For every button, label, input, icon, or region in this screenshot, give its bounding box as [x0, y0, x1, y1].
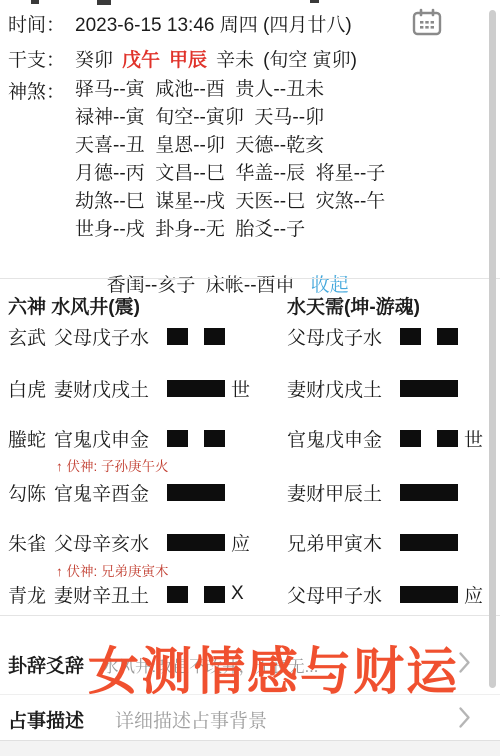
yao-line [167, 328, 225, 345]
yao-line [167, 380, 225, 397]
yao-marker: 应 [231, 529, 250, 556]
shensha-line: 劫煞--巳 谋星--戌 天医--巳 灾煞--午 [75, 188, 385, 216]
yao-text: 妻财戊戌土 [54, 375, 167, 402]
yao-line [400, 430, 458, 447]
yao-text: 父母甲子水 [287, 581, 400, 608]
hidden-spirit-note: ↑ 伏神: 子孙庚午火 [56, 455, 169, 475]
shensha-line: 世身--戌 卦身--无 胎爻--子 [75, 216, 385, 244]
bottom-band [0, 741, 500, 756]
yao-text: 官鬼辛酉金 [54, 479, 167, 506]
shensha-line: 月德--丙 文昌--巳 华盖--辰 将星--子 [75, 160, 385, 188]
yao-text: 父母辛亥水 [54, 529, 167, 556]
six-god-label: 青龙 [8, 581, 54, 608]
calendar-icon[interactable] [412, 8, 442, 42]
hexagram-row: 官鬼戊申金 世 [287, 427, 483, 449]
yao-line [167, 430, 225, 447]
yao-line [400, 484, 458, 501]
clipped-text-fragment [97, 0, 111, 5]
six-god-label: 勾陈 [8, 479, 54, 506]
guaci-label: 卦辞爻辞 [8, 651, 84, 678]
ganzhi-month: 戊午 [122, 50, 160, 71]
ganzhi-hour: 辛未 [216, 50, 254, 71]
yao-text: 兄弟甲寅木 [287, 529, 400, 556]
clipped-text-fragment [310, 0, 319, 3]
ganzhi-xunkong: (旬空 寅卯) [263, 50, 357, 71]
hexagram-row: 父母甲子水 应 [287, 583, 483, 605]
six-god-label: 白虎 [8, 375, 54, 402]
clipped-text-fragment [31, 0, 39, 4]
yao-text: 妻财辛丑土 [54, 581, 167, 608]
left-hexagram-title: 六神 水风井(震) [8, 292, 140, 319]
chevron-right-icon[interactable] [458, 706, 471, 735]
hexagram-row: 螣蛇 官鬼戊申金 [8, 427, 231, 449]
yao-line [400, 586, 458, 603]
ganzhi-day: 甲辰 [169, 50, 207, 71]
yao-marker: X [231, 583, 244, 605]
watermark-text: 女测情感与财运 [88, 630, 459, 704]
ganzhi-label: 干支： [8, 45, 65, 72]
ganzhi-year: 癸卯 [75, 50, 113, 71]
section-divider [0, 278, 500, 279]
shensha-line: 驿马--寅 咸池--酉 贵人--丑未 [75, 76, 385, 104]
six-god-label: 玄武 [8, 323, 54, 350]
hexagram-row: 玄武 父母戊子水 [8, 325, 231, 347]
yao-line [400, 328, 458, 345]
shensha-list: 驿马--寅 咸池--酉 贵人--丑未 禄神--寅 旬空--寅卯 天马--卯 天喜… [75, 76, 385, 328]
six-god-label: 螣蛇 [8, 425, 54, 452]
zhanshi-placeholder: 详细描述占事背景 [115, 706, 267, 733]
yao-line [167, 534, 225, 551]
hexagram-row: 兄弟甲寅木 [287, 531, 464, 553]
hexagram-row: 青龙 妻财辛丑土 X [8, 583, 244, 605]
hexagram-row: 妻财甲辰土 [287, 481, 464, 503]
shensha-label: 神煞： [8, 77, 65, 104]
hexagram-row: 白虎 妻财戊戌土 世 [8, 377, 250, 399]
yao-text: 妻财戊戌土 [287, 375, 400, 402]
shensha-line: 天喜--丑 皇恩--卯 天德--乾亥 [75, 132, 385, 160]
yao-text: 官鬼戊申金 [287, 425, 400, 452]
time-value: 2023-6-15 13:46 周四 (四月廿八) [75, 10, 352, 37]
yao-text: 父母戊子水 [287, 323, 400, 350]
yao-text: 官鬼戊申金 [54, 425, 167, 452]
yao-marker: 应 [464, 581, 483, 608]
yao-line [400, 534, 458, 551]
hexagram-row: 妻财戊戌土 [287, 377, 464, 399]
hexagram-row: 父母戊子水 [287, 325, 464, 347]
liuyao-app-screen: 时间： 2023-6-15 13:46 周四 (四月廿八) 干支： 癸卯戊午甲辰… [0, 0, 500, 756]
scrollbar[interactable] [489, 10, 496, 688]
yao-marker: 世 [464, 425, 483, 452]
yao-line [167, 484, 225, 501]
right-hexagram-title: 水天需(坤-游魂) [287, 292, 420, 319]
yao-line [400, 380, 458, 397]
hexagram-row: 朱雀 父母辛亥水 应 [8, 531, 250, 553]
time-label: 时间： [8, 10, 65, 37]
zhanshi-label: 占事描述 [8, 706, 84, 733]
six-god-label: 朱雀 [8, 529, 54, 556]
shensha-line: 禄神--寅 旬空--寅卯 天马--卯 [75, 104, 385, 132]
chevron-right-icon[interactable] [458, 651, 471, 680]
yao-text: 妻财甲辰土 [287, 479, 400, 506]
zhanshi-row[interactable]: 占事描述 详细描述占事背景 [0, 698, 500, 740]
yao-line [167, 586, 225, 603]
section-divider [0, 615, 500, 616]
hidden-spirit-note: ↑ 伏神: 兄弟庚寅木 [56, 560, 169, 580]
hexagram-row: 勾陈 官鬼辛酉金 [8, 481, 231, 503]
ganzhi-value: 癸卯戊午甲辰辛未(旬空 寅卯) [75, 45, 366, 72]
yao-marker: 世 [231, 375, 250, 402]
yao-text: 父母戊子水 [54, 323, 167, 350]
